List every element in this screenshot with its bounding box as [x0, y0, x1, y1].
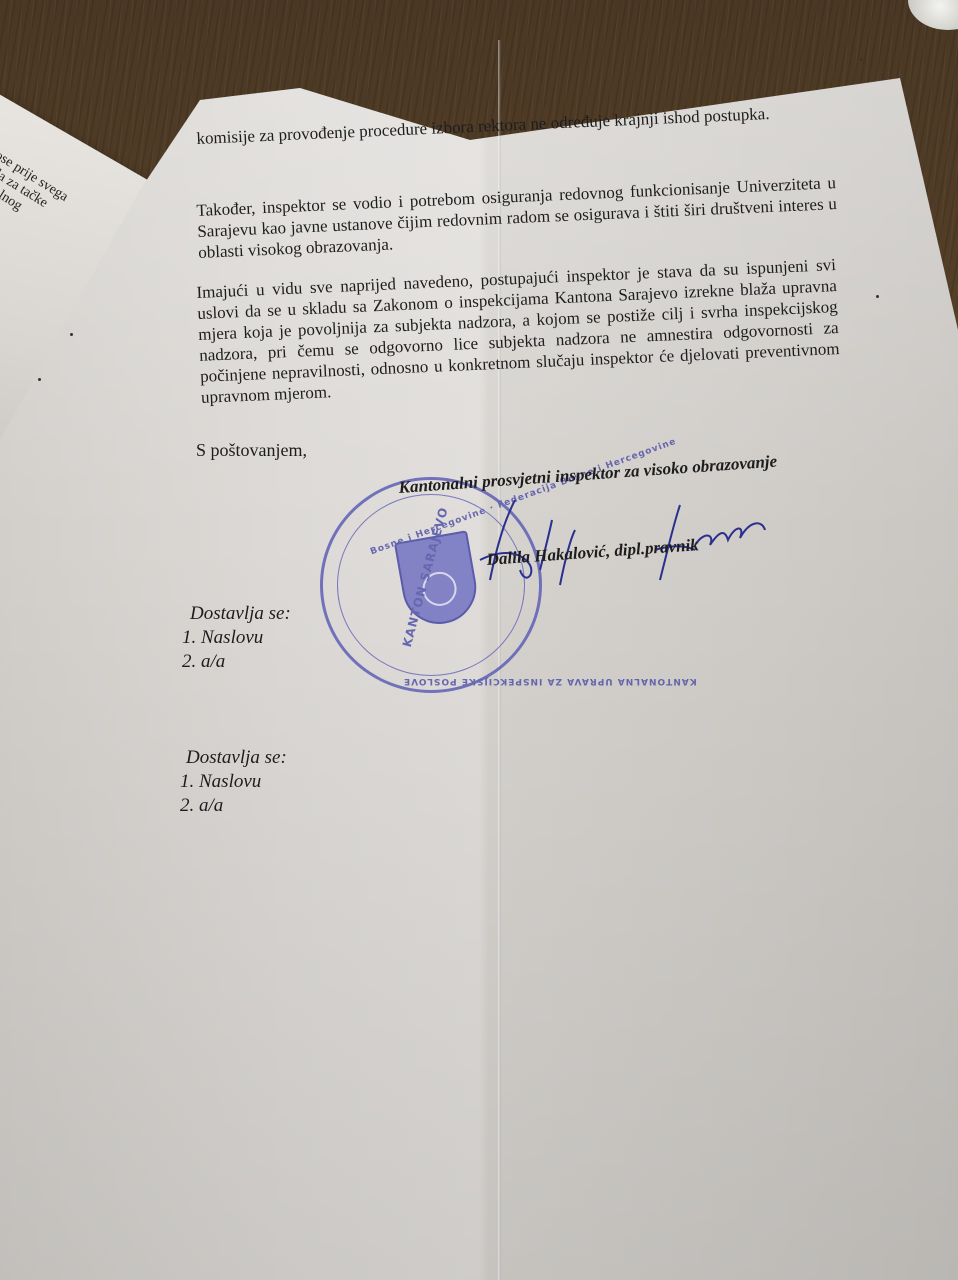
glass-object: [908, 0, 958, 30]
paper-speck: [876, 295, 879, 298]
stamp-inner-text: KANTONALNA UPRAVA ZA INSPEKCIJSKE POSLOV…: [403, 676, 697, 686]
distribution-heading: Dostavlja se:: [190, 602, 291, 626]
paper-speck: [860, 58, 863, 61]
distribution-item: 1. Naslovu: [180, 770, 287, 794]
distribution-item: 2. a/a: [182, 650, 291, 674]
paper-speck: [38, 378, 41, 381]
distribution-block: Dostavlja se: 1. Naslovu 2. a/a: [186, 746, 287, 818]
distribution-item: 2. a/a: [180, 794, 287, 818]
distribution-heading: Dostavlja se:: [186, 746, 287, 770]
distribution-block: Dostavlja se: 1. Naslovu 2. a/a: [190, 602, 291, 674]
paper-speck: [70, 333, 73, 336]
distribution-item: 1. Naslovu: [182, 626, 291, 650]
closing-salutation: S poštovanjem,: [196, 440, 307, 461]
